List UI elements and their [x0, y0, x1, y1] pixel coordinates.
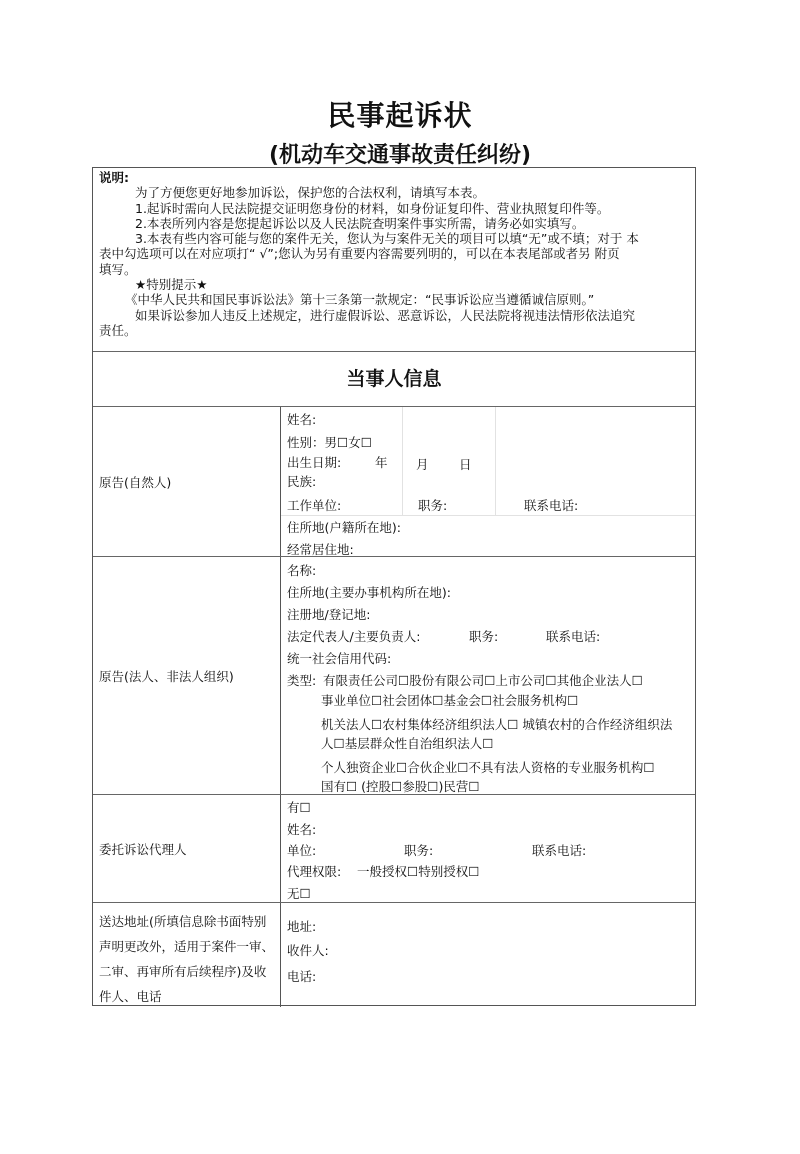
plaintiff-birth-year: 年: [375, 453, 388, 471]
delivery-row: 送达地址(所填信息除书面特别声明更改外，适用于案件一审、二审、再审所有后续程序)…: [93, 903, 695, 1007]
plaintiff-employer-field[interactable]: 工作单位:: [287, 496, 341, 514]
instructions-intro: 为了方便您更好地参加诉讼，保护您的合法权利，请填写本表。: [99, 185, 689, 200]
org-type-options-5[interactable]: 个人独资企业☐合伙企业☐不具有法人资格的专业服务机构☐: [321, 758, 655, 776]
org-rep-position-field[interactable]: 职务:: [469, 627, 498, 645]
plaintiff-legal-fields: 名称: 住所地(主要办事机构所在地): 注册地/登记地: 法定代表人/主要负责人…: [281, 557, 695, 794]
plaintiff-phone-field[interactable]: 联系电话:: [524, 496, 578, 514]
org-type-options-1[interactable]: 有限责任公司☐股份有限公司☐上市公司☐其他企业法人☐: [323, 671, 643, 689]
org-rep-phone-field[interactable]: 联系电话:: [546, 627, 600, 645]
special-notice-law: 《中华人民共和国民事诉讼法》第十三条第一款规定：“民事诉讼应当遵循诚信原则。”: [99, 292, 689, 307]
divider: [495, 407, 496, 515]
org-name-field[interactable]: 名称:: [287, 561, 316, 579]
plaintiff-natural-label: 原告(自然人): [93, 407, 281, 556]
instructions-item-1: 1.起诉时需向人民法院提交证明您身份的材料，如身份证复印件、营业执照复印件等。: [99, 201, 689, 216]
complaint-form-table: 说明: 为了方便您更好地参加诉讼，保护您的合法权利，请填写本表。 1.起诉时需向…: [92, 167, 696, 1006]
instructions-section: 说明: 为了方便您更好地参加诉讼，保护您的合法权利，请填写本表。 1.起诉时需向…: [93, 168, 695, 352]
agent-name-field[interactable]: 姓名:: [287, 820, 316, 838]
delivery-recipient-field[interactable]: 收件人:: [287, 941, 329, 959]
divider: [281, 515, 695, 516]
agent-authority-label: 代理权限:: [287, 862, 341, 880]
instructions-heading: 说明:: [99, 170, 689, 185]
plaintiff-gender-field[interactable]: 性别：男☐女☐: [287, 433, 372, 451]
delivery-fields: 地址: 收件人: 电话:: [281, 903, 695, 1007]
plaintiff-legal-row: 原告(法人、非法人组织) 名称: 住所地(主要办事机构所在地): 注册地/登记地…: [93, 557, 695, 795]
org-type-options-3[interactable]: 机关法人☐农村集体经济组织法人☐ 城镇农村的合作经济组织法: [321, 715, 672, 733]
plaintiff-ethnicity-field[interactable]: 民族:: [287, 472, 316, 490]
agent-authority-options[interactable]: 一般授权☐特别授权☐: [357, 862, 479, 880]
plaintiff-domicile-field[interactable]: 住所地(户籍所在地):: [287, 518, 401, 536]
org-registered-field[interactable]: 注册地/登记地:: [287, 605, 370, 623]
instructions-item-3-end: 填写。: [99, 262, 689, 277]
delivery-phone-field[interactable]: 电话:: [287, 967, 316, 985]
instructions-item-3-cont: 表中勾选项可以在对应项打“ √”;您认为另有重要内容需要列明的，可以在本表尾部或…: [99, 246, 689, 261]
agent-label: 委托诉讼代理人: [93, 795, 281, 902]
special-notice-warning: 如果诉讼参加人违反上述规定，进行虚假诉讼、恶意诉讼，人民法院将视违法情形依法追究: [99, 308, 689, 323]
plaintiff-natural-row: 原告(自然人) 姓名: 性别：男☐女☐ 出生日期: 年 月 日 民族: 工作单位…: [93, 407, 695, 557]
plaintiff-natural-fields: 姓名: 性别：男☐女☐ 出生日期: 年 月 日 民族: 工作单位: 职务: 联系…: [281, 407, 695, 556]
divider: [402, 407, 403, 515]
plaintiff-position-field[interactable]: 职务:: [418, 496, 447, 514]
document-title: 民事起诉状: [0, 94, 800, 134]
org-type-label: 类型:: [287, 671, 316, 689]
org-address-field[interactable]: 住所地(主要办事机构所在地):: [287, 583, 451, 601]
agent-row: 委托诉讼代理人 有☐ 姓名: 单位: 职务: 联系电话: 代理权限: 一般授权☐…: [93, 795, 695, 903]
instructions-item-3: 3.本表有些内容可能与您的案件无关，您认为与案件无关的项目可以填“无”或不填；对…: [99, 231, 689, 246]
special-notice-warning-end: 责任。: [99, 323, 689, 338]
org-credit-code-field[interactable]: 统一社会信用代码:: [287, 649, 391, 667]
plaintiff-birth-label[interactable]: 出生日期:: [287, 453, 341, 471]
org-type-options-6[interactable]: 国有☐ (控股☐参股☐)民营☐: [321, 777, 480, 795]
plaintiff-birth-day: 日: [459, 455, 472, 473]
plaintiff-residence-field[interactable]: 经常居住地:: [287, 540, 354, 558]
agent-unit-field[interactable]: 单位:: [287, 841, 316, 859]
instructions-item-2: 2.本表所列内容是您提起诉讼以及人民法院查明案件事实所需，请务必如实填写。: [99, 216, 689, 231]
org-type-options-4[interactable]: 人☐基层群众性自治组织法人☐: [321, 734, 493, 752]
delivery-address-field[interactable]: 地址:: [287, 917, 316, 935]
agent-phone-field[interactable]: 联系电话:: [532, 841, 586, 859]
agent-fields: 有☐ 姓名: 单位: 职务: 联系电话: 代理权限: 一般授权☐特别授权☐ 无☐: [281, 795, 695, 902]
document-subtitle: (机动车交通事故责任纠纷): [0, 138, 800, 169]
agent-none-checkbox[interactable]: 无☐: [287, 884, 311, 902]
plaintiff-birth-month: 月: [416, 455, 429, 473]
special-notice-heading: ★特别提示★: [99, 277, 689, 292]
agent-position-field[interactable]: 职务:: [404, 841, 433, 859]
plaintiff-legal-label: 原告(法人、非法人组织): [93, 557, 281, 794]
agent-has-checkbox[interactable]: 有☐: [287, 798, 311, 816]
delivery-label: 送达地址(所填信息除书面特别声明更改外，适用于案件一审、二审、再审所有后续程序)…: [93, 903, 281, 1007]
plaintiff-name-field[interactable]: 姓名:: [287, 410, 316, 428]
org-type-options-2[interactable]: 事业单位☐社会团体☐基金会☐社会服务机构☐: [321, 691, 578, 709]
party-info-heading: 当事人信息: [93, 352, 695, 407]
org-rep-field[interactable]: 法定代表人/主要负责人:: [287, 627, 420, 645]
